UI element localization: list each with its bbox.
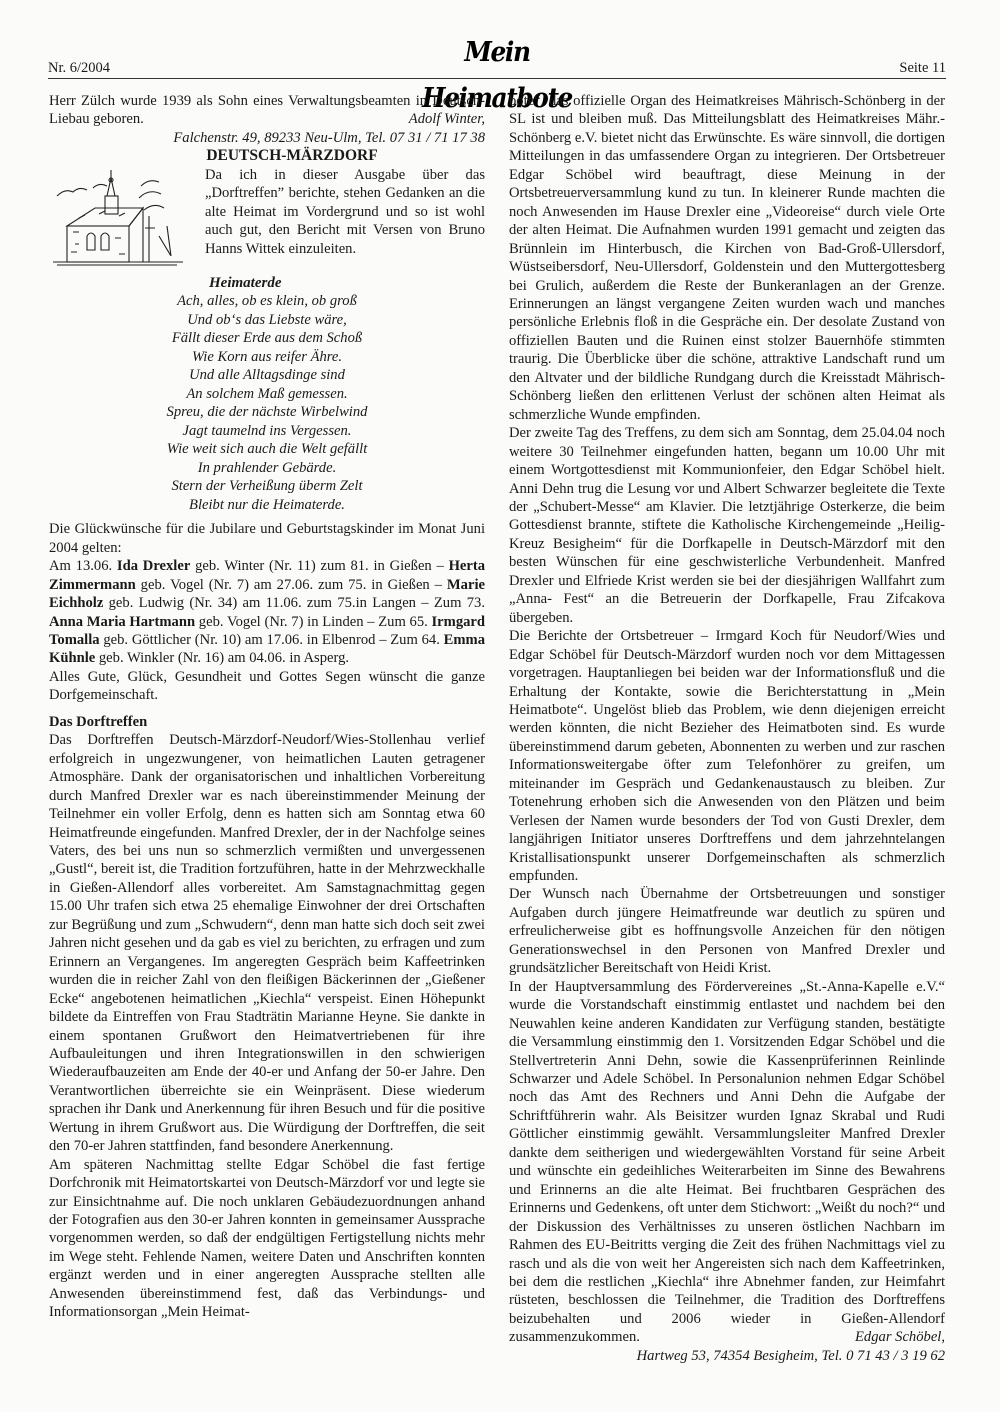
birthday-name: Anna Maria Hartmann — [49, 614, 195, 630]
poem-line: Spreu, die der nächste Wirbelwind — [49, 403, 485, 422]
poem-line: Und alle Alltagsdinge sind — [49, 366, 485, 385]
article-paragraph: Der zweite Tag des Treffens, zu dem sich… — [509, 424, 945, 627]
chapel-illustration-icon — [49, 166, 187, 268]
birthday-list: Am 13.06. Ida Drexler geb. Winter (Nr. 1… — [49, 557, 485, 668]
poem-line: An solchem Maß gemessen. — [49, 385, 485, 404]
author-signature: Edgar Schöbel, — [855, 1328, 945, 1346]
poem-line: Stern der Verheißung überm Zelt — [49, 477, 485, 496]
poem-line: Wie Korn aus reifer Ähre. — [49, 348, 485, 367]
right-column: bote“, das offizielle Organ des Heimatkr… — [509, 92, 945, 1365]
poem-line: Wie weit sich auch die Welt gefällt — [49, 440, 485, 459]
birthday-name: Ida Drexler — [117, 558, 190, 574]
poem: Ach, alles, ob es klein, ob groß Und ob‘… — [49, 292, 485, 514]
poem-line: Fällt dieser Erde aus dem Schoß — [49, 329, 485, 348]
poem-title: Heimaterde — [209, 274, 485, 292]
poem-line: Bleibt nur die Heimaterde. — [49, 496, 485, 515]
birthday-closing: Alles Gute, Glück, Gesundheit und Gottes… — [49, 668, 485, 705]
page-number: Seite 11 — [899, 60, 946, 77]
intro-block: Da ich in dieser Ausgabe über das „Dorft… — [49, 166, 485, 266]
subhead-dorftreffen: Das Dorftreffen — [49, 713, 485, 731]
poem-line: In prahlender Gebärde. — [49, 459, 485, 478]
article-paragraph: Der Wunsch nach Übernahme der Ortsbetreu… — [509, 885, 945, 977]
article-paragraph: Das Dorftreffen Deutsch-Märzdorf-Neudorf… — [49, 731, 485, 1155]
issue-number: Nr. 6/2004 — [48, 60, 110, 77]
poem-line: Jagt taumelnd ins Vergessen. — [49, 422, 485, 441]
author-address: Hartweg 53, 74354 Besigheim, Tel. 0 71 4… — [509, 1347, 945, 1365]
birthday-intro: Die Glückwünsche für die Jubilare und Ge… — [49, 520, 485, 557]
prev-article-address: Falchenstr. 49, 89233 Neu-Ulm, Tel. 07 3… — [49, 129, 485, 147]
section-title: DEUTSCH-MÄRZDORF — [49, 147, 485, 165]
poem-line: Und ob‘s das Liebste wäre, — [49, 311, 485, 330]
prev-article-author: Adolf Winter, — [409, 110, 485, 128]
article-paragraph: Die Berichte der Ortsbetreuer – Irmgard … — [509, 627, 945, 885]
article-paragraph: bote“, das offizielle Organ des Heimatkr… — [509, 92, 945, 424]
article-paragraph: In der Hauptversammlung des Förderverein… — [509, 979, 945, 1346]
left-column: Herr Zülch wurde 1939 als Sohn eines Ver… — [49, 92, 485, 1322]
intro-text: Da ich in dieser Ausgabe über das „Dorft… — [205, 166, 485, 258]
page-header: Nr. 6/2004 Mein Heimatbote Seite 11 — [48, 28, 946, 79]
poem-line: Ach, alles, ob es klein, ob groß — [49, 292, 485, 311]
article-paragraph: Am späteren Nachmittag stellte Edgar Sch… — [49, 1156, 485, 1322]
masthead-logo: Mein Heimatbote — [417, 30, 577, 76]
